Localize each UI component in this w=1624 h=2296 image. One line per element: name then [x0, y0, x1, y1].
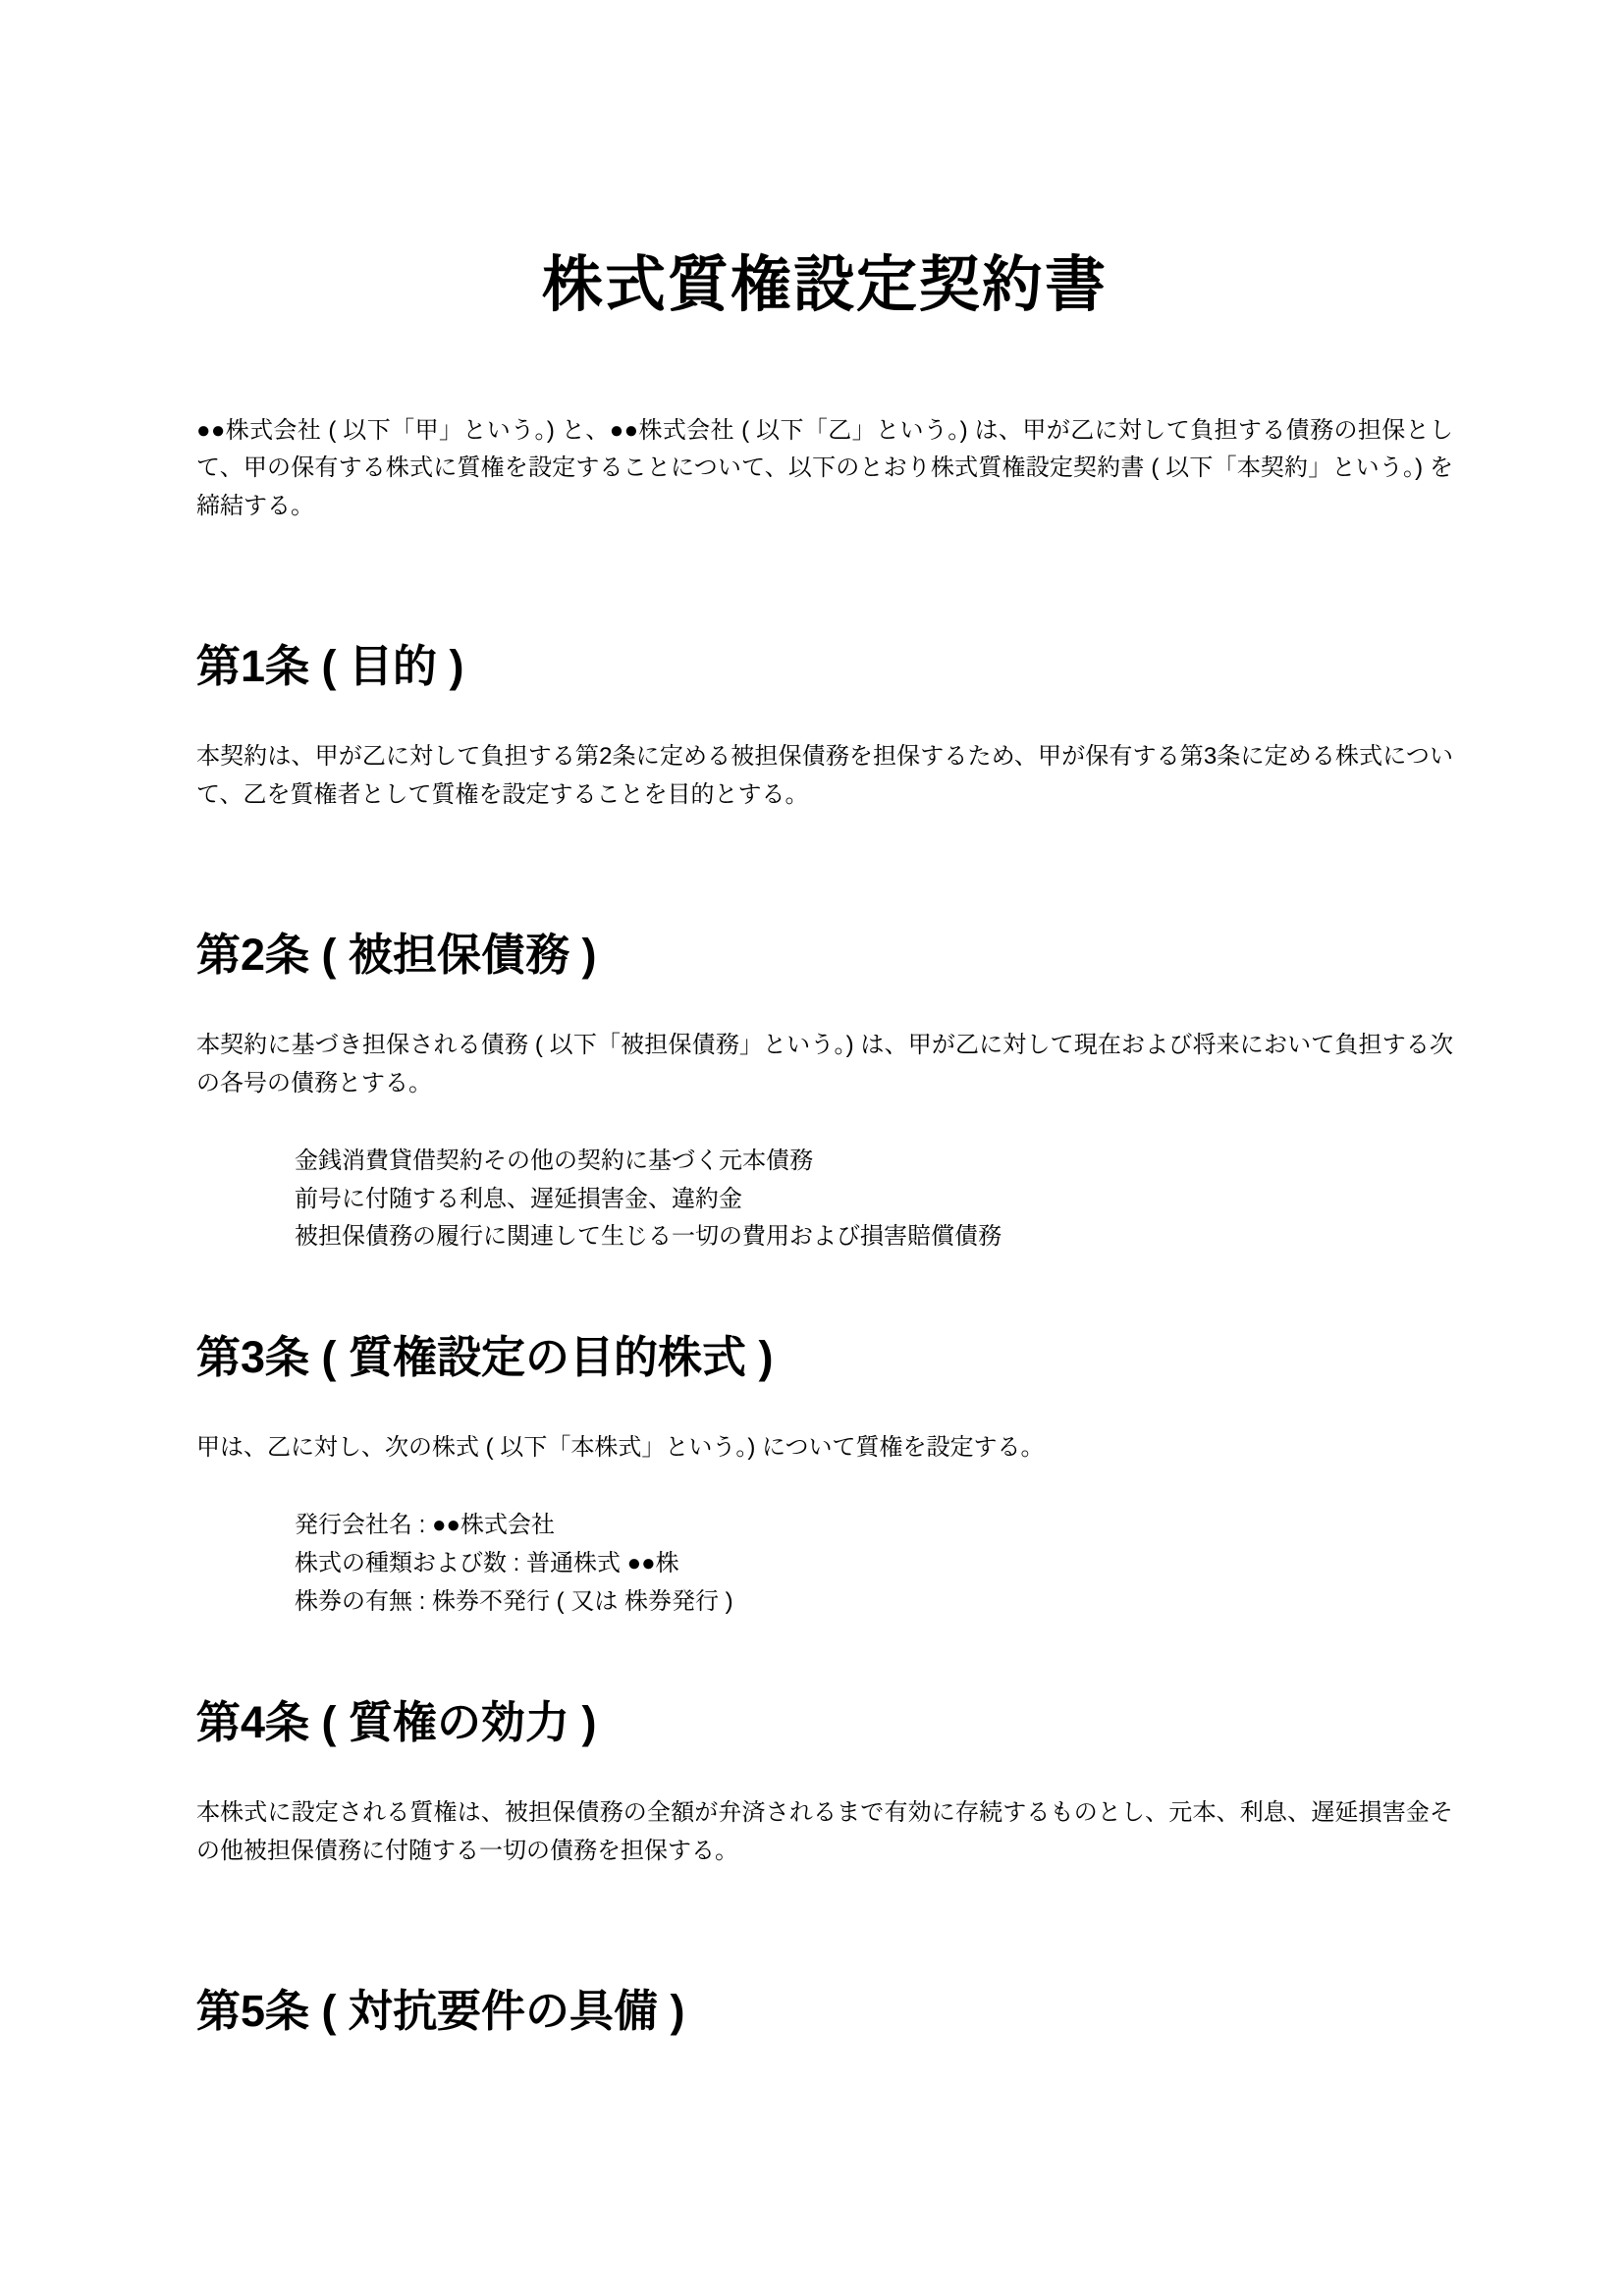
article-3-body: 甲は、乙に対し、次の株式 ( 以下「本株式」という。) について質権を設定する。 [196, 1429, 1453, 1468]
intro-paragraph: ●●株式会社 ( 以下「甲」という。) と、●●株式会社 ( 以下「乙」という。… [196, 412, 1453, 527]
document-page: { "document": { "title": "株式質権設定契約書", "i… [0, 0, 1624, 2296]
article-3-item-list: 発行会社名 : ●●株式会社 株式の種類および数 : 普通株式 ●●株 株券の有… [295, 1507, 1453, 1622]
article-3-heading: 第3条 ( 質権設定の目的株式 ) [196, 1331, 1453, 1384]
article-5-heading: 第5条 ( 対抗要件の具備 ) [196, 1985, 1453, 2038]
article-2-item-3: 被担保債務の履行に関連して生じる一切の費用および損害賠償債務 [295, 1218, 1453, 1256]
article-1-heading: 第1条 ( 目的 ) [196, 640, 1453, 693]
article-4-body: 本株式に設定される質権は、被担保債務の全額が弁済されるまで有効に存続するものとし… [196, 1794, 1453, 1871]
article-2-item-list: 金銭消費貸借契約その他の契約に基づく元本債務 前号に付随する利息、遅延損害金、違… [295, 1143, 1453, 1257]
article-2-item-2: 前号に付随する利息、遅延損害金、違約金 [295, 1181, 1453, 1219]
article-3-item-2: 株式の種類および数 : 普通株式 ●●株 [295, 1545, 1453, 1583]
article-2-heading: 第2条 ( 被担保債務 ) [196, 929, 1453, 982]
article-2-item-1: 金銭消費貸借契約その他の契約に基づく元本債務 [295, 1143, 1453, 1181]
article-3-item-1: 発行会社名 : ●●株式会社 [295, 1507, 1453, 1545]
article-3-item-3: 株券の有無 : 株券不発行 ( 又は 株券発行 ) [295, 1583, 1453, 1622]
document-title: 株式質権設定契約書 [196, 247, 1453, 324]
article-4-heading: 第4条 ( 質権の効力 ) [196, 1696, 1453, 1749]
article-1-body: 本契約は、甲が乙に対して負担する第2条に定める被担保債務を担保するため、甲が保有… [196, 738, 1453, 815]
article-2-body: 本契約に基づき担保される債務 ( 以下「被担保債務」という。) は、甲が乙に対し… [196, 1027, 1453, 1103]
contract-document: 株式質権設定契約書 ●●株式会社 ( 以下「甲」という。) と、●●株式会社 (… [0, 0, 1624, 2296]
